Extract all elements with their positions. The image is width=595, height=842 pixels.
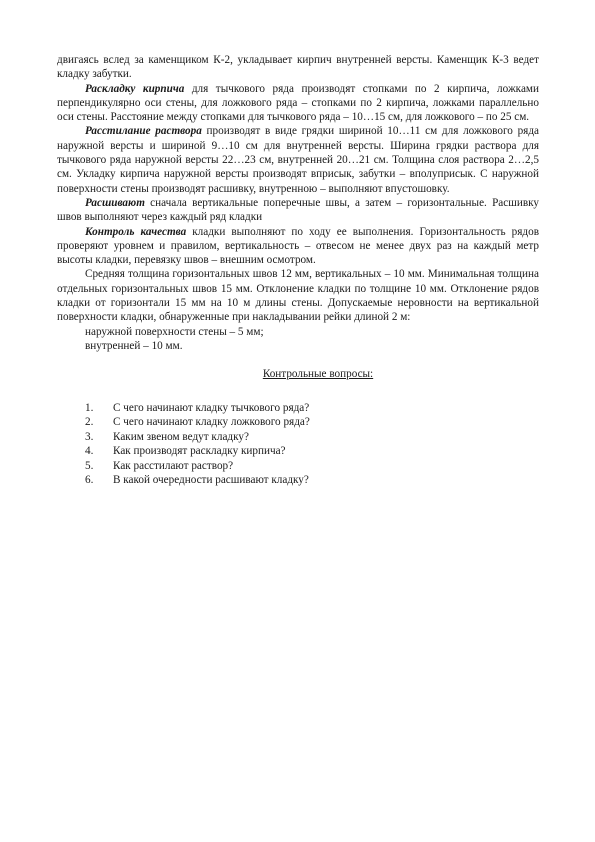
tolerance-item-inner: внутренней – 10 мм.: [57, 339, 539, 353]
questions-heading: Контрольные вопросы:: [57, 367, 539, 381]
term-quality-control: Контроль качества: [85, 226, 186, 238]
questions-list: 1.С чего начинают кладку тычкового ряда?…: [57, 401, 539, 488]
question-item: 5.Как расстилают раствор?: [57, 459, 539, 474]
tolerance-item-outer: наружной поверхности стены – 5 мм;: [57, 325, 539, 339]
question-item: 3.Каким звеном ведут кладку?: [57, 430, 539, 445]
question-item: 6.В какой очередности расшивают кладку?: [57, 473, 539, 488]
paragraph-quality-control: Контроль качества кладки выполняют по хо…: [57, 225, 539, 268]
document-page: двигаясь вслед за каменщиком К-2, уклады…: [57, 53, 539, 488]
paragraph-jointing: Расшивают сначала вертикальные поперечны…: [57, 196, 539, 225]
question-item: 2.С чего начинают кладку ложкового ряда?: [57, 415, 539, 430]
term-jointing: Расшивают: [85, 197, 145, 209]
question-item: 1.С чего начинают кладку тычкового ряда?: [57, 401, 539, 416]
question-item: 4.Как производят раскладку кирпича?: [57, 444, 539, 459]
term-brick-layout: Раскладку кирпича: [85, 83, 184, 95]
term-mortar-spreading: Расстилание раствора: [85, 125, 202, 137]
paragraph-brick-layout: Раскладку кирпича для тычкового ряда про…: [57, 82, 539, 125]
paragraph-mortar-spreading: Расстилание раствора производят в виде г…: [57, 124, 539, 195]
paragraph-intro: двигаясь вслед за каменщиком К-2, уклады…: [57, 53, 539, 82]
paragraph-tolerances: Средняя толщина горизонтальных швов 12 м…: [57, 267, 539, 324]
